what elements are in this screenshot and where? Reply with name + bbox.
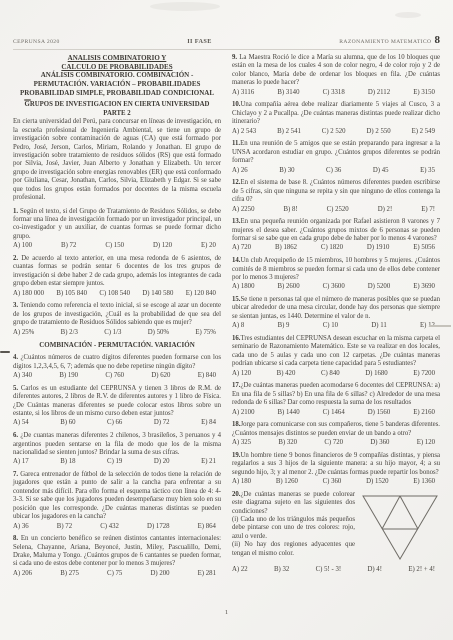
intro-heading-line: PARTE 2 [13, 110, 221, 118]
option-E: E) 281 [198, 569, 216, 578]
question-12: 12.En el sistema de base 8. ¿Cuántos núm… [232, 179, 440, 213]
option-C: C) 3600 [323, 282, 345, 291]
answer-options: A) 3116B) 3140C) 3318D) 2112E) 3150 [232, 88, 440, 97]
question-8: 8. En un concierto benéfico se reúnen di… [13, 535, 221, 578]
question-text: 2. De acuerdo al texto anterior, en una … [13, 255, 221, 289]
question-number: 9. [232, 54, 239, 61]
option-E: E) 75% [195, 328, 216, 337]
footer-page-number: 1 [225, 609, 228, 616]
option-E: E) 3690 [413, 282, 435, 291]
option-E: E) 120 [417, 438, 435, 447]
question-number: 10. [232, 101, 241, 108]
page-header: CEPRUNSA 2020 II FASE RAZONAMIENTO MATEM… [13, 34, 440, 50]
option-D: D) 45 [373, 166, 389, 175]
question-19: 19.Un hombre tiene 9 bonos financieros d… [232, 452, 440, 486]
triangle-diagram [360, 491, 440, 563]
question-number: 13. [232, 218, 241, 225]
option-D: D) 120 [153, 241, 172, 250]
answer-options: A) 22B) 32C) 5! - 3!D) 4!E) 2! + 4! [232, 565, 440, 574]
option-D: D) 1680 [365, 369, 387, 378]
question-11: 11.En una reunión de 5 amigos que se est… [232, 140, 440, 174]
answer-options: A) 25%B) 2/3C) 1/3D) 50%E) 75% [13, 328, 221, 337]
question-number: 14. [232, 257, 241, 264]
option-B: B) 1260 [276, 477, 298, 486]
answer-options: A) 36B) 72C) 432D) 1728E) 864 [13, 522, 221, 531]
option-E: E) 35 [420, 166, 435, 175]
question-text: 15.Se tiene n personas tal que el número… [232, 296, 440, 321]
question-number: 20. [232, 491, 241, 498]
option-B: B) 9 [278, 321, 290, 330]
question-number: 7. [13, 471, 20, 478]
question-text: 10.Una compañía aérea debe realizar diar… [232, 101, 440, 126]
option-E: E) 84 [201, 418, 216, 427]
question-text: 11.En una reunión de 5 amigos que se est… [232, 140, 440, 165]
answer-options: A) 180 000B) 105 840C) 108 540D) 140 580… [13, 289, 221, 298]
option-A: A) 3116 [232, 88, 254, 97]
document-title-line: PROBABILIDAD SIMPLE, PROBABILIDAD CONDIC… [13, 89, 221, 98]
question-2: 2. De acuerdo al texto anterior, en una … [13, 255, 221, 298]
question-text: 9. La Maestra Roció le dice a María su a… [232, 54, 440, 88]
question-text: 19.Un hombre tiene 9 bonos financieros d… [232, 452, 440, 477]
answer-options: A) 340B) 190C) 760D) 620E) 840 [13, 371, 221, 380]
option-C: C) 108 540 [99, 289, 130, 298]
option-A: A) 2250 [232, 205, 254, 214]
option-D: D) 50% [148, 328, 169, 337]
answer-options: A) 120B) 420C) 840D) 1680E) 7200 [232, 369, 440, 378]
option-C: C) 2520 [327, 205, 349, 214]
intro-heading-line: GRUPOS DE INVESTIGACION EN CIERTA UNIVER… [13, 101, 221, 109]
option-D: D) 2 550 [366, 127, 390, 136]
question-13: 13.En una pequeña reunión organizada por… [232, 218, 440, 252]
question-number: 4. [13, 354, 21, 361]
option-C: C) 840 [321, 369, 340, 378]
option-D: D) 2! [378, 205, 393, 214]
question-15: 15.Se tiene n personas tal que el número… [232, 296, 440, 330]
option-C: C) 5! - 3! [316, 565, 341, 574]
option-A: A) 325 [232, 438, 251, 447]
question-20: 20.¿De cuántas maneras se puede colorear… [232, 491, 440, 574]
option-E: E) 3150 [413, 88, 435, 97]
answer-options: A) 2250B) 8!C) 2520D) 2!E) 7! [232, 205, 440, 214]
question-9: 9. La Maestra Roció le dice a María su a… [232, 54, 440, 97]
option-A: A) 340 [13, 371, 32, 380]
header-course: RAZONAMIENTO MATEMATICO 8 [339, 34, 440, 46]
question-text: 3. Teniendo como referencia el texto ini… [13, 302, 221, 327]
question-number: 3. [13, 302, 20, 309]
option-D: D) 1560 [368, 408, 390, 417]
option-B: B) 105 840 [56, 289, 87, 298]
answer-options: A) 2 543B) 2 541C) 2 520D) 2 550E) 2 549 [232, 127, 440, 136]
question-text: 7. Gareca entrenador de fútbol de la sel… [13, 471, 221, 522]
question-text: 14.Un club Arequipeño de 15 miembros, 10… [232, 257, 440, 282]
question-number: 17. [232, 382, 241, 389]
option-D: D) 4! [367, 565, 382, 574]
option-C: C) 2 520 [322, 127, 346, 136]
option-B: B) 320 [278, 438, 297, 447]
scan-smudge [150, 2, 220, 11]
option-B: B) 60 [60, 418, 75, 427]
question-number: 2. [13, 255, 21, 262]
option-C: C) 75 [107, 569, 122, 578]
option-E: E) 2! + 4! [408, 565, 435, 574]
option-A: A) 120 [232, 369, 251, 378]
intro-heading: GRUPOS DE INVESTIGACION EN CIERTA UNIVER… [13, 101, 221, 118]
answer-options: A) 8B) 9C) 10D) 11E) 12 [232, 321, 440, 330]
document-title-line: CALCULO DE PROBABILIDADES [13, 63, 221, 72]
option-A: A) 1800 [232, 282, 254, 291]
option-A: A) 180 [232, 477, 251, 486]
question-text: 13.En una pequeña reunión organizada por… [232, 218, 440, 243]
option-C: C) 1/3 [104, 328, 121, 337]
option-D: D) 1728 [147, 522, 169, 531]
option-B: B) 275 [60, 569, 79, 578]
option-D: D) 140 580 [142, 289, 173, 298]
option-E: E) 21 [201, 457, 216, 466]
option-C: C) 3318 [323, 88, 345, 97]
option-B: B) 2/3 [61, 328, 78, 337]
option-C: C) 360 [323, 477, 342, 486]
question-7: 7. Gareca entrenador de fútbol de la sel… [13, 471, 221, 531]
option-D: D) 200 [150, 569, 169, 578]
question-14: 14.Un club Arequipeño de 15 miembros, 10… [232, 257, 440, 291]
header-phase: II FASE [187, 38, 212, 45]
option-C: C) 36 [326, 166, 341, 175]
option-E: E) 7! [421, 205, 435, 214]
question-17: 17.¿De cuántas maneras pueden acomodarse… [232, 382, 440, 416]
answer-options: A) 17B) 18C) 19D) 20E) 21 [13, 457, 221, 466]
document-title-line: ANÁLISIS COMBINATORIO. COMBINACIÓN - [13, 71, 221, 80]
option-C: C) 760 [105, 371, 124, 380]
option-C: C) 150 [105, 241, 124, 250]
answer-options: A) 100B) 72C) 150D) 120E) 20 [13, 241, 221, 250]
question-text: 8. En un concierto benéfico se reúnen di… [13, 535, 221, 569]
option-A: A) 8 [232, 321, 244, 330]
exam-page: CEPRUNSA 2020 II FASE RAZONAMIENTO MATEM… [0, 0, 453, 640]
option-B: B) 72 [57, 522, 72, 531]
header-course-label: RAZONAMIENTO MATEMATICO [339, 39, 431, 45]
question-number: 8. [13, 535, 21, 542]
question-4: 4. ¿Cuántos números de cuatro dígitos di… [13, 354, 221, 380]
option-B: B) 3140 [277, 88, 299, 97]
option-A: A) 26 [232, 166, 248, 175]
option-A: A) 36 [13, 522, 29, 531]
option-A: A) 180 000 [13, 289, 44, 298]
question-number: 18. [232, 421, 241, 428]
option-E: E) 2160 [413, 408, 435, 417]
margin-mark-2 [24, 99, 31, 101]
option-A: A) 22 [232, 565, 248, 574]
question-number: 11. [232, 140, 240, 147]
option-C: C) 1464 [323, 408, 345, 417]
question-6: 6. ¿De cuantas maneras diferentes 2 chil… [13, 432, 221, 466]
option-B: B) 420 [277, 369, 296, 378]
option-C: C) 432 [100, 522, 119, 531]
question-10: 10.Una compañía aérea debe realizar diar… [232, 101, 440, 135]
option-B: B) 2600 [278, 282, 300, 291]
question-number: 12. [232, 179, 241, 186]
answer-options: A) 54B) 60C) 66D) 72E) 84 [13, 418, 221, 427]
option-D: D) 11 [371, 321, 386, 330]
answer-options: A) 2100B) 1440C) 1464D) 1560E) 2160 [232, 408, 440, 417]
option-A: A) 206 [13, 569, 32, 578]
option-B: B) 1440 [278, 408, 300, 417]
question-text: 17.¿De cuántas maneras pueden acomodarse… [232, 382, 440, 407]
intro-paragraph: En cierta universidad del Perú, para con… [13, 118, 221, 202]
question-text: 18.Jorge para comunicarse con sus compañ… [232, 421, 440, 438]
option-D: D) 360 [370, 438, 389, 447]
document-title-line: ANALISIS COMBINATORIO Y [13, 54, 221, 63]
right-column: 9. La Maestra Roció le dice a María su a… [232, 54, 440, 583]
question-18: 18.Jorge para comunicarse con sus compañ… [232, 421, 440, 447]
option-E: E) 120 840 [186, 289, 216, 298]
answer-options: A) 1800B) 2600C) 3600D) 5200E) 3690 [232, 282, 440, 291]
question-16: 16.Tres estudiantes del CEPRUNSA desean … [232, 335, 440, 378]
option-E: E) 7200 [413, 369, 435, 378]
option-E: E) 840 [198, 371, 216, 380]
option-D: D) 20 [154, 457, 170, 466]
option-D: D) 72 [154, 418, 170, 427]
scan-smudge-2 [395, 12, 421, 18]
question-3: 3. Teniendo como referencia el texto ini… [13, 302, 221, 336]
option-A: A) 2 543 [232, 127, 256, 136]
question-1: 1. Según el texto, si del Grupo de Trata… [13, 208, 221, 251]
scan-artifact-line [429, 325, 451, 327]
option-B: B) 18 [60, 457, 75, 466]
option-E: E) 864 [198, 522, 216, 531]
option-C: C) 66 [107, 418, 122, 427]
option-C: C) 720 [324, 438, 343, 447]
document-title: ANALISIS COMBINATORIO YCALCULO DE PROBAB… [13, 54, 221, 97]
answer-options: A) 180B) 1260C) 360D) 1520E) 1360 [232, 477, 440, 486]
option-A: A) 2100 [232, 408, 254, 417]
option-E: E) 20 [201, 241, 216, 250]
option-D: D) 1520 [366, 477, 388, 486]
option-B: B) 72 [61, 241, 76, 250]
answer-options: A) 325B) 320C) 720D) 360E) 120 [232, 438, 440, 447]
option-C: C) 10 [323, 321, 338, 330]
header-exam-name: CEPRUNSA 2020 [13, 39, 60, 45]
option-B: B) 1862 [275, 243, 297, 252]
answer-options: A) 206B) 275C) 75D) 200E) 281 [13, 569, 221, 578]
section-heading: COMBINACIÓN - PERMUTACIÓN. VARIACIÓN [13, 341, 221, 349]
option-D: D) 5200 [368, 282, 390, 291]
question-number: 15. [232, 296, 241, 303]
option-D: D) 620 [151, 371, 170, 380]
question-text: 12.En el sistema de base 8. ¿Cuántos núm… [232, 179, 440, 204]
two-column-body: ANALISIS COMBINATORIO YCALCULO DE PROBAB… [13, 54, 440, 583]
question-text: 5. Carlos es un estudiante del CEPRUNSA … [13, 385, 221, 419]
option-B: B) 32 [274, 565, 289, 574]
header-page-number: 8 [435, 34, 441, 46]
option-E: E) 1360 [413, 477, 435, 486]
margin-mark [0, 351, 10, 353]
question-number: 16. [232, 335, 241, 342]
question-text: 1. Según el texto, si del Grupo de Trata… [13, 208, 221, 242]
answer-options: A) 720B) 1862C) 1820D) 1910E) 5056 [232, 243, 440, 252]
question-text: 16.Tres estudiantes del CEPRUNSA desean … [232, 335, 440, 369]
option-B: B) 8! [283, 205, 297, 214]
document-title-line: PERMUTACIÓN. VARIACIÓN – PROBABILIDADES [13, 80, 221, 89]
question-text: 4. ¿Cuántos números de cuatro dígitos di… [13, 354, 221, 371]
option-A: A) 54 [13, 418, 29, 427]
option-B: B) 30 [279, 166, 294, 175]
option-C: C) 19 [107, 457, 122, 466]
option-A: A) 25% [13, 328, 34, 337]
question-number: 1. [13, 208, 20, 215]
question-number: 5. [13, 385, 21, 392]
option-E: E) 5056 [413, 243, 435, 252]
option-D: D) 2112 [368, 88, 390, 97]
option-A: A) 100 [13, 241, 32, 250]
option-B: B) 2 541 [277, 127, 301, 136]
option-E: E) 2 549 [412, 127, 435, 136]
question-text: 6. ¿De cuantas maneras diferentes 2 chil… [13, 432, 221, 457]
option-D: D) 1910 [367, 243, 389, 252]
option-A: A) 720 [232, 243, 251, 252]
option-C: C) 1820 [321, 243, 343, 252]
left-column: ANALISIS COMBINATORIO YCALCULO DE PROBAB… [13, 54, 221, 583]
question-number: 19. [232, 452, 241, 459]
option-A: A) 17 [13, 457, 29, 466]
question-5: 5. Carlos es un estudiante del CEPRUNSA … [13, 385, 221, 428]
option-B: B) 190 [59, 371, 78, 380]
question-number: 6. [13, 432, 20, 439]
page-footer: 1 [0, 609, 453, 616]
answer-options: A) 26B) 30C) 36D) 45E) 35 [232, 166, 440, 175]
